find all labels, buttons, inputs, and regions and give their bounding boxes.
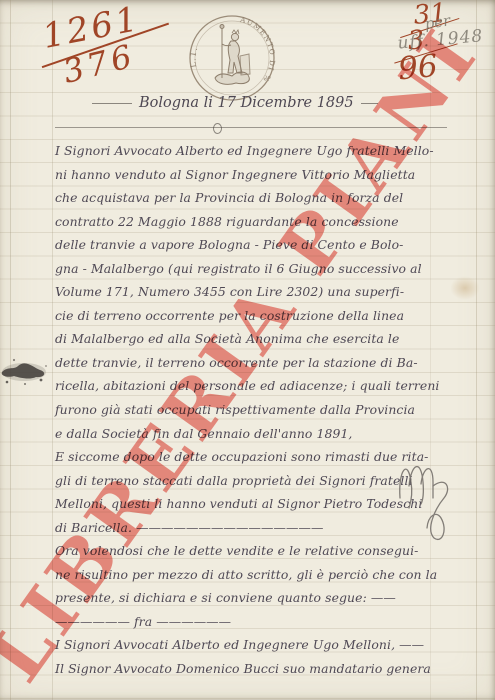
manuscript-line: di Baricella. ———————————————: [55, 516, 409, 540]
right-margin-rule: [430, 0, 431, 700]
manuscript-line: —————— fra ——————: [55, 610, 409, 634]
ink-blot-icon: [0, 346, 52, 396]
revenue-stamp: AUMENTO DI % L.1.: [186, 12, 278, 108]
margin-paraph: [392, 436, 472, 552]
manuscript-line: delle tranvie a vapore Bologna - Pieve d…: [55, 233, 409, 257]
registry-number-left: 1261 376: [40, 0, 175, 83]
paper-stain: [450, 276, 480, 300]
right-edge-rule: [476, 0, 477, 700]
manuscript-line: Melloni, questi li hanno venduti al Sign…: [55, 492, 409, 516]
manuscript-body: I Signori Avvocato Alberto ed Ingegnere …: [55, 139, 409, 681]
manuscript-line: I Signori Avvocati Alberto ed Ingegnere …: [55, 633, 409, 657]
manuscript-line: Volume 171, Numero 3455 con Lire 2302) u…: [55, 280, 409, 304]
manuscript-line: ni hanno venduto al Signor Ingegnere Vit…: [55, 163, 409, 187]
monogram-flourish-icon: [392, 436, 472, 548]
revenue-stamp-seal-icon: AUMENTO DI % L.1.: [186, 12, 278, 104]
manuscript-line: di Malalbergo ed alla Società Anonima ch…: [55, 327, 409, 351]
manuscript-page: 1261 376 AUMENTO DI %: [0, 0, 495, 700]
manuscript-line: gna - Malalbergo (qui registrato il 6 Gi…: [55, 257, 409, 281]
manuscript-line: furono già stati occupati rispettivament…: [55, 398, 409, 422]
dateline: Bologna li 17 Dicembre 1895: [92, 95, 378, 111]
divider-rule: [55, 127, 447, 128]
manuscript-line: che acquistava per la Provincia di Bolog…: [55, 186, 409, 210]
manuscript-line: gli di terreno staccati dalla proprietà …: [55, 469, 409, 493]
ink-blot: [0, 346, 52, 400]
manuscript-line: cie di terreno occorrente per la costruz…: [55, 304, 409, 328]
manuscript-line: Il Signor Avvocato Domenico Bucci suo ma…: [55, 657, 409, 681]
manuscript-line: ne risultino per mezzo di atto scritto, …: [55, 563, 409, 587]
manuscript-line: e dalla Società fin dal Gennaio dell'ann…: [55, 422, 409, 446]
manuscript-line: presente, si dichiara e si conviene quan…: [55, 586, 409, 610]
dateline-dash-left: [92, 103, 132, 104]
dateline-dash-right: [361, 103, 378, 104]
manuscript-line: contratto 22 Maggio 1888 riguardante la …: [55, 210, 409, 234]
divider-ornament: [213, 123, 222, 134]
manuscript-line: E siccome dopo le dette occupazioni sono…: [55, 445, 409, 469]
manuscript-line: I Signori Avvocato Alberto ed Ingegnere …: [55, 139, 409, 163]
manuscript-line: Ora volendosi che le dette vendite e le …: [55, 539, 409, 563]
manuscript-line: ricella, abitazioni del personale ed adi…: [55, 374, 409, 398]
dateline-text: Bologna li 17 Dicembre 1895: [139, 95, 354, 111]
pencil-note-line2: uff. 1948: [397, 27, 484, 53]
left-margin-rule: [52, 0, 53, 700]
manuscript-line: dette tranvie, il terreno occorrente per…: [55, 351, 409, 375]
